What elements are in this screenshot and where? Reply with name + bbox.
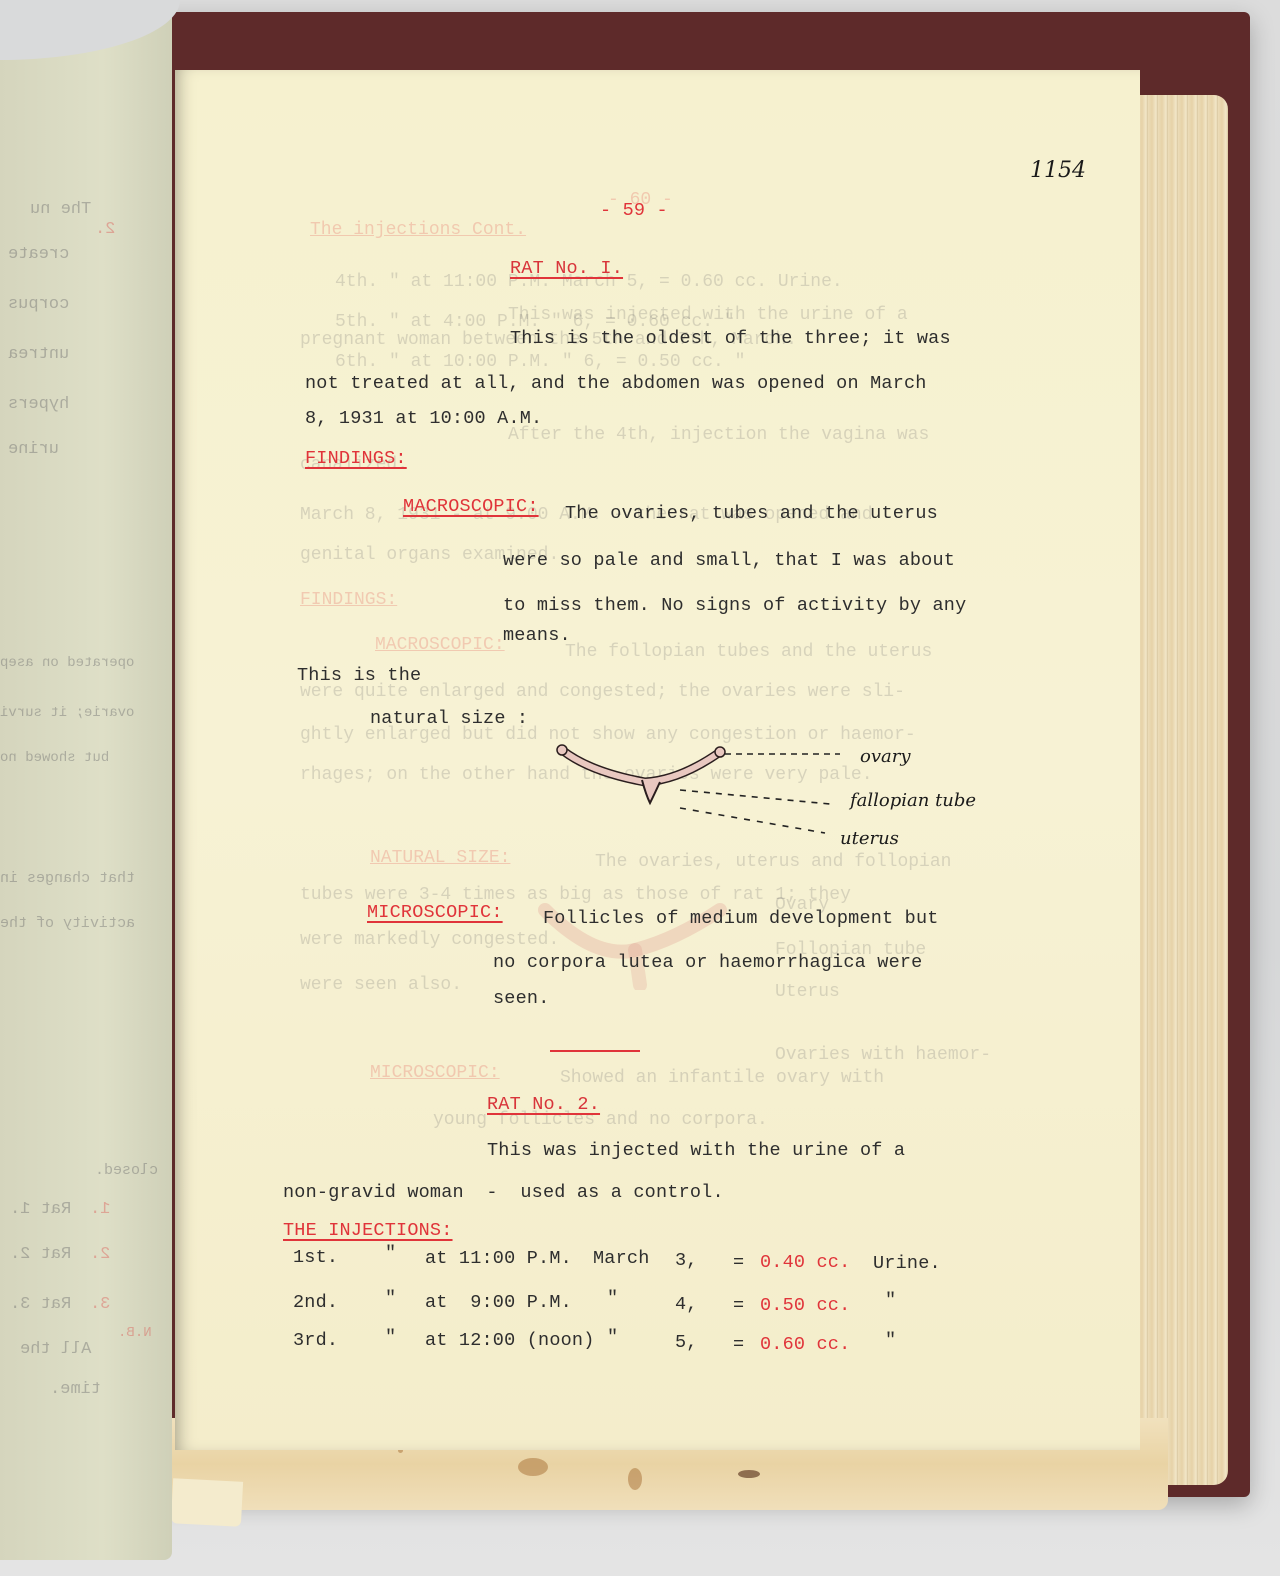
ghost-line: After the 4th, injection the vagina was <box>508 425 929 445</box>
injection-substance: " <box>885 1330 896 1351</box>
mirror-text: activity of the <box>0 915 135 932</box>
macro-line: means. <box>503 625 571 646</box>
macro-line: to miss them. No signs of activity by an… <box>503 595 966 616</box>
injection-month: " <box>607 1327 618 1348</box>
ghost-line: The ovaries, uterus and follopian <box>595 852 951 872</box>
injection-substance: Urine. <box>873 1253 941 1274</box>
mirror-text: but showed no <box>0 750 109 766</box>
injection-ditto: " <box>385 1243 396 1264</box>
mirror-number: 1. <box>90 1200 110 1219</box>
ghost-line: The follopian tubes and the uterus <box>565 642 932 662</box>
ghost-line: were seen also. <box>300 975 462 995</box>
injection-dose: 0.60 cc. <box>760 1334 850 1355</box>
injection-time: at 9:00 P.M. <box>425 1292 572 1313</box>
injection-dose: 0.50 cc. <box>760 1295 850 1316</box>
natural-size-caption: This is the <box>297 665 421 686</box>
mirror-text: Rat 1. <box>10 1200 71 1219</box>
mirror-text: All the <box>20 1340 91 1359</box>
mirror-text: corpus <box>8 295 69 314</box>
injection-dose: 0.40 cc. <box>760 1252 850 1273</box>
injection-ditto: " <box>385 1288 396 1309</box>
ghost-heading: The injections Cont. <box>310 220 526 240</box>
injection-day: 3, <box>675 1250 698 1271</box>
sketch-label-fallopian-tube: fallopian tube <box>850 790 976 811</box>
rat1-heading: RAT No. I. <box>510 258 623 279</box>
findings-label: FINDINGS: <box>305 448 407 469</box>
leader-lines <box>660 748 860 848</box>
injection-ordinal: 1st. <box>293 1247 338 1268</box>
mirror-text: ovarie; it survi <box>0 705 134 721</box>
page-number: - 59 - <box>600 200 668 221</box>
ghost-label: MACROSCOPIC: <box>375 635 505 655</box>
injection-substance: " <box>885 1290 896 1311</box>
injection-month: " <box>607 1288 618 1309</box>
ghost-line: Ovaries with haemor- <box>775 1045 991 1065</box>
sketch-label-ovary: ovary <box>860 746 911 767</box>
ghost-label: NATURAL SIZE: <box>370 848 510 868</box>
mirror-text: urine <box>8 440 59 459</box>
rat2-heading: RAT No. 2. <box>487 1094 600 1115</box>
macro-line: were so pale and small, that I was about <box>503 550 955 571</box>
red-rule <box>550 1050 640 1052</box>
injection-day: 5, <box>675 1332 698 1353</box>
mirror-text: The nu <box>30 200 91 219</box>
micro-line: Follicles of medium development but <box>543 908 939 929</box>
mirror-number: N.B. <box>118 1325 152 1341</box>
injection-time: at 12:00 (noon) <box>425 1330 595 1351</box>
rat1-intro-line: not treated at all, and the abdomen was … <box>305 373 927 394</box>
rat1-intro-line: This is the oldest of the three; it was <box>510 328 951 349</box>
injection-equals: = <box>733 1295 744 1316</box>
ghost-row: 6th. " at 10:00 P.M. " 6, = 0.50 cc. " <box>335 352 745 372</box>
microscopic-label: MICROSCOPIC: <box>367 902 503 923</box>
micro-line: no corpora lutea or haemorrhagica were <box>493 952 922 973</box>
macro-line: The ovaries, tubes and the uterus <box>565 503 938 524</box>
injection-day: 4, <box>675 1294 698 1315</box>
rat2-intro-line: non-gravid woman - used as a control. <box>283 1182 724 1203</box>
ghost-line: young follicles and no corpora. <box>433 1110 768 1130</box>
mirror-text: untrea <box>8 345 69 364</box>
mirror-text: operated on asep <box>0 655 134 671</box>
injection-equals: = <box>733 1334 744 1355</box>
mirror-text: closed. <box>95 1162 158 1179</box>
ghost-line: Showed an infantile ovary with <box>560 1068 884 1088</box>
micro-line: seen. <box>493 988 550 1009</box>
ghost-sketch-icon <box>535 890 735 990</box>
mirror-number: 2. <box>95 220 115 239</box>
sketch-label-uterus: uterus <box>840 828 899 849</box>
ghost-sketch-label: Uterus <box>775 982 840 1002</box>
mirror-text: create <box>8 245 69 264</box>
macroscopic-label: MACROSCOPIC: <box>403 496 539 517</box>
injection-time: at 11:00 P.M. <box>425 1248 572 1269</box>
injection-ordinal: 2nd. <box>293 1292 338 1313</box>
rat2-intro-line: This was injected with the urine of a <box>487 1140 905 1161</box>
left-page: The nu 2. create corpus untrea hypers ur… <box>0 0 172 1560</box>
injection-ditto: " <box>385 1327 396 1348</box>
paper-tab <box>171 1478 243 1527</box>
injection-ordinal: 3rd. <box>293 1330 338 1351</box>
mirror-text: time. <box>50 1380 101 1399</box>
injection-month: March <box>593 1248 650 1269</box>
ghost-label: FINDINGS: <box>300 590 397 610</box>
mirror-text: Rat 3. <box>10 1295 71 1314</box>
mirror-text: hypers <box>8 395 69 414</box>
injections-label: THE INJECTIONS: <box>283 1220 453 1241</box>
ghost-line: were markedly congested. <box>300 930 559 950</box>
mirror-number: 2. <box>90 1245 110 1264</box>
document-page: - 60 - The injections Cont. 4th. " at 11… <box>175 70 1140 1450</box>
mirror-number: 3. <box>90 1295 110 1314</box>
injection-equals: = <box>733 1252 744 1273</box>
natural-size-caption: natural size : <box>370 708 528 729</box>
mirror-text: Rat 2. <box>10 1245 71 1264</box>
folio-number: 1154 <box>1030 158 1086 183</box>
rat1-intro-line: 8, 1931 at 10:00 A.M. <box>305 408 542 429</box>
ghost-label: MICROSCOPIC: <box>370 1063 500 1083</box>
mirror-text: that changes in <box>0 870 135 887</box>
ghost-line: This was injected with the urine of a <box>508 305 908 325</box>
